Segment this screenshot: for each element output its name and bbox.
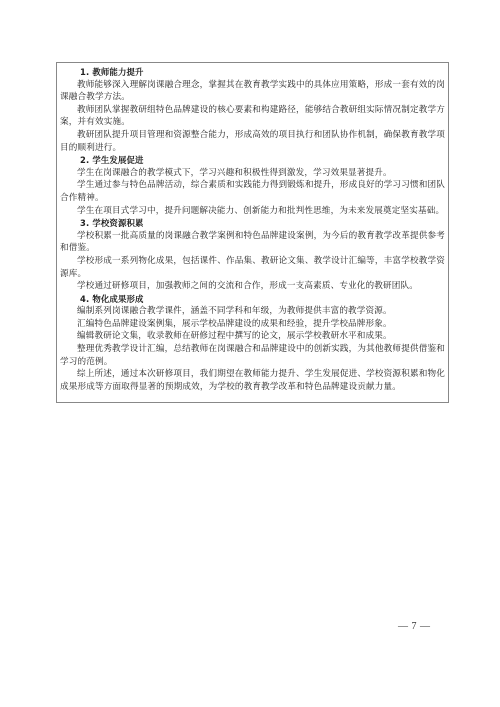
paragraph: 学生在岗课融合的教学模式下，学习兴趣和积极性得到激发，学习效果显著提升。 — [60, 167, 445, 180]
paragraph: 学生在项目式学习中，提升问题解决能力、创新能力和批判性思维，为未来发展奠定坚实基… — [60, 205, 445, 218]
paragraph: 学生通过参与特色品牌活动，综合素质和实践能力得到锻炼和提升，形成良好的学习习惯和… — [60, 179, 445, 204]
paragraph: 教研团队提升项目管理和资源整合能力，形成高效的项目执行和团队协作机制，确保教育教… — [60, 129, 445, 154]
paragraph: 学校通过研修项目，加强教师之间的交流和合作，形成一支高素质、专业化的教研团队。 — [60, 280, 445, 293]
list-item: 编辑教研论文集，收录教师在研修过程中撰写的论文，展示学校教研水平和成果。 — [60, 330, 445, 343]
paragraph: 学校形成一系列物化成果，包括课件、作品集、教研论文集、教学设计汇编等，丰富学校教… — [60, 255, 445, 280]
section-heading-outcomes: 4. 物化成果形成 — [60, 293, 445, 306]
conclusion-paragraph: 综上所述，通过本次研修项目，我们期望在教师能力提升、学生发展促进、学校资源积累和… — [60, 368, 445, 393]
paragraph: 学校积累一批高质量的岗课融合教学案例和特色品牌建设案例，为今后的教育教学改革提供… — [60, 230, 445, 255]
page-number: — 7 — — [398, 621, 431, 632]
content-box: 1. 教师能力提升 教师能够深入理解岗课融合理念，掌握其在教育教学实践中的具体应… — [56, 62, 449, 403]
list-item: 汇编特色品牌建设案例集，展示学校品牌建设的成果和经验，提升学校品牌形象。 — [60, 318, 445, 331]
list-item: 整理优秀教学设计汇编，总结教师在岗课融合和品牌建设中的创新实践，为其他教师提供借… — [60, 343, 445, 368]
list-item: 编制系列岗课融合教学课件，涵盖不同学科和年级，为教师提供丰富的教学资源。 — [60, 305, 445, 318]
section-heading-school: 3. 学校资源积累 — [60, 217, 445, 230]
paragraph: 教师能够深入理解岗课融合理念，掌握其在教育教学实践中的具体应用策略，形成一套有效… — [60, 79, 445, 104]
paragraph: 教师团队掌握教研组特色品牌建设的核心要素和构建路径，能够结合教研组实际情况制定教… — [60, 104, 445, 129]
section-heading-student: 2. 学生发展促进 — [60, 154, 445, 167]
section-heading-teacher: 1. 教师能力提升 — [60, 66, 445, 79]
